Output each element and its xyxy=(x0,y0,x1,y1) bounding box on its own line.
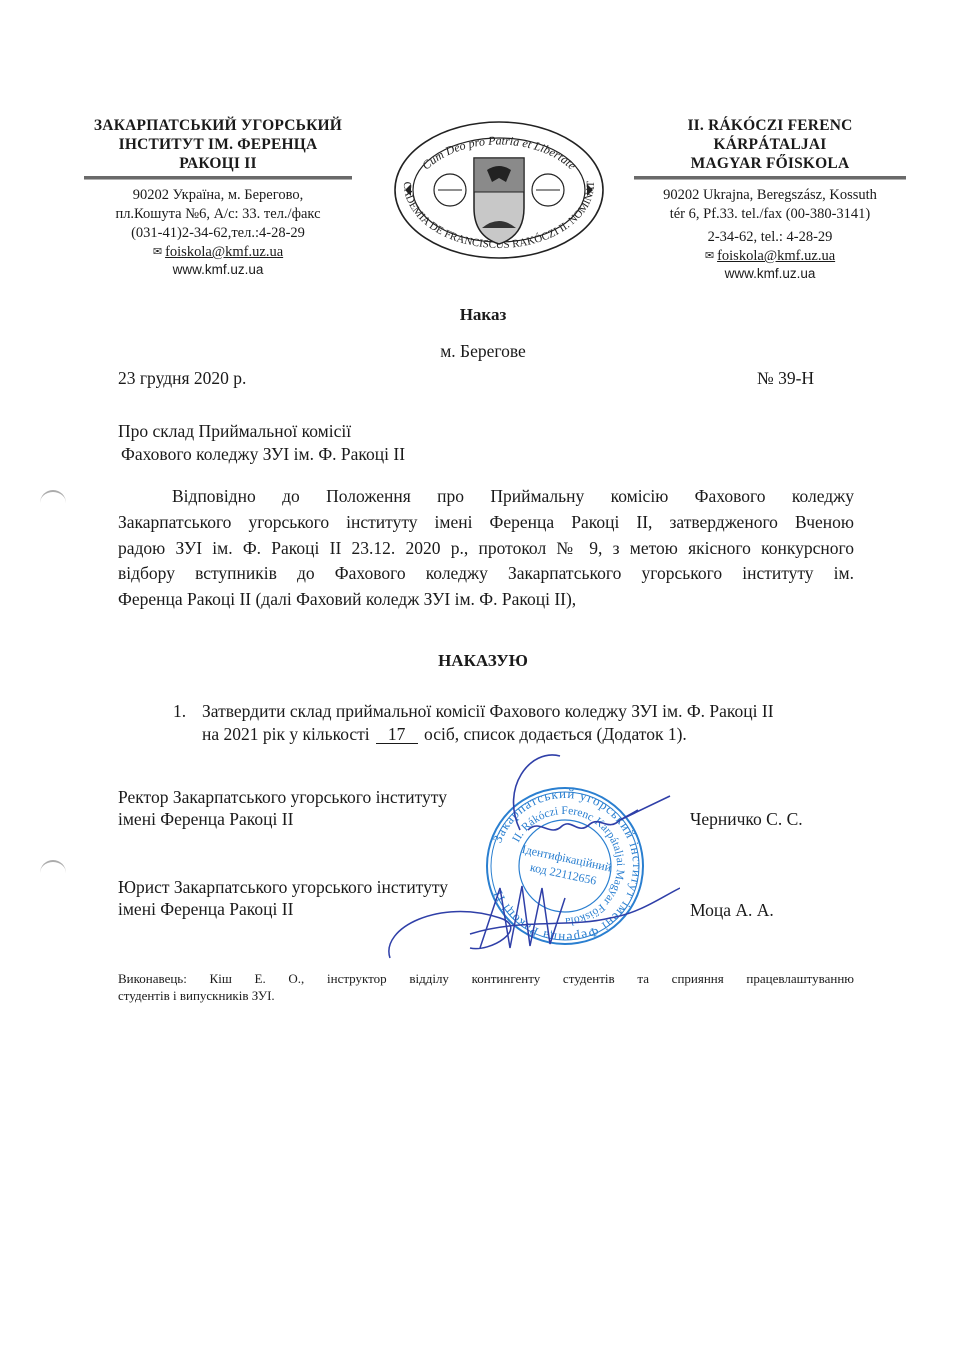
hole-punch-mark xyxy=(40,490,66,506)
order-heading: НАКАЗУЮ xyxy=(0,650,966,672)
email-link[interactable]: foiskola@kmf.uz.ua xyxy=(165,244,283,260)
hole-punch-mark xyxy=(40,860,66,876)
website-link[interactable]: www.kmf.uz.ua xyxy=(84,261,352,278)
list-item-text: на 2021 рік у кількості17 осіб, список д… xyxy=(202,723,687,745)
address-line: пл.Кошута №6, А/с: 33. тел./факс xyxy=(84,205,352,224)
member-count: 17 xyxy=(376,726,418,744)
address-line: 90202 Україна, м. Берегово, xyxy=(84,186,352,205)
list-item-number: 1. xyxy=(173,700,186,722)
header-divider xyxy=(84,176,352,180)
list-item-text: Затвердити склад приймальної комісії Фах… xyxy=(202,700,774,722)
document-number: № 39-Н xyxy=(757,367,814,389)
mail-icon: ✉ xyxy=(153,243,161,261)
mail-icon: ✉ xyxy=(705,247,713,265)
header-divider xyxy=(634,176,906,180)
preamble-paragraph: Відповідно до Положення про Приймальну к… xyxy=(118,484,854,613)
letterhead-ukrainian: ЗАКАРПАТСЬКИЙ УГОРСЬКИЙ ІНСТИТУТ ІМ. ФЕР… xyxy=(84,116,352,278)
address-line: 2-34-62, tel.: 4-28-29 xyxy=(634,228,906,247)
letterhead-hungarian: II. RÁKÓCZI FERENC KÁRPÁTALJAI MAGYAR FŐ… xyxy=(634,116,906,282)
email-link[interactable]: foiskola@kmf.uz.ua xyxy=(717,248,835,264)
official-stamp: Закарпатський угорський інститут імені Ф… xyxy=(380,748,680,970)
address-line: tér 6, Pf.33. tel./fax (00-380-3141) xyxy=(634,205,906,224)
email-line: ✉foiskola@kmf.uz.ua xyxy=(634,247,906,265)
document-date: 23 грудня 2020 р. xyxy=(118,367,246,389)
document-title: Наказ xyxy=(0,304,966,326)
document-city: м. Берегове xyxy=(0,340,966,362)
signatory-name: Моца А. А. xyxy=(690,899,774,921)
executor-note: Виконавець: Кіш Е. О., інструктор відділ… xyxy=(118,970,854,1004)
document-subject: Фахового коледжу ЗУІ ім. Ф. Ракоці ІІ xyxy=(121,443,405,465)
signatory-name: Черничко С. С. xyxy=(690,808,803,830)
website-link[interactable]: www.kmf.uz.ua xyxy=(634,265,906,282)
document-subject: Про склад Приймальної комісії xyxy=(118,420,351,442)
institution-name-hu: II. RÁKÓCZI FERENC KÁRPÁTALJAI MAGYAR FŐ… xyxy=(634,116,906,173)
email-line: ✉foiskola@kmf.uz.ua xyxy=(84,243,352,261)
address-line: 90202 Ukrajna, Beregszász, Kossuth xyxy=(634,186,906,205)
institution-seal-emblem: Cum Deo pro Patria et Libertate ACADEMIA… xyxy=(392,118,606,260)
address-line: (031-41)2-34-62,тел.:4-28-29 xyxy=(84,224,352,243)
institution-name-uk: ЗАКАРПАТСЬКИЙ УГОРСЬКИЙ ІНСТИТУТ ІМ. ФЕР… xyxy=(84,116,352,173)
svg-text:Закарпатський угорський інстит: Закарпатський угорський інститут імені Ф… xyxy=(471,771,660,961)
